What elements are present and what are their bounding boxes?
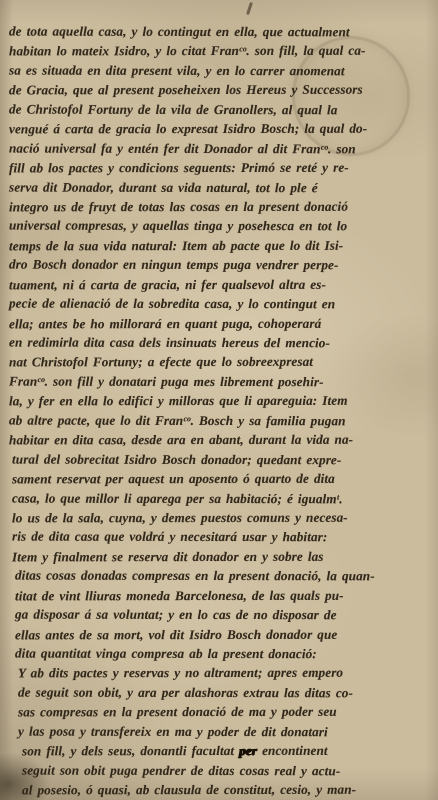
manuscript-line: de Gracia, que al present poseheixen los… (9, 80, 435, 100)
stray-ink-stroke (246, 2, 253, 15)
manuscript-line: y las posa y transfereix en ma y poder d… (18, 721, 435, 741)
manuscript-line: en redimirla dita casa dels insinuats he… (9, 333, 435, 353)
manuscript-line: ris de dita casa que voldrá y necesitará… (12, 527, 435, 547)
manuscript-line: titat de vint lliuras moneda Barcelonesa… (15, 585, 435, 605)
manuscript-line: sa es situada en dita present vila, y en… (9, 60, 435, 80)
manuscript-line: habitan lo mateix Isidro, y lo citat Fra… (9, 41, 435, 61)
manuscript-line: de Christofol Fortuny de la vila de Gran… (9, 99, 435, 119)
line-text: son fill, y dels seus, donantli facultat (22, 743, 239, 758)
manuscript-line: ab altre pacte, que lo dit Franᶜᵒ. Bosch… (9, 410, 435, 430)
manuscript-line: nat Christofol Fortuny; a efecte que lo … (9, 352, 435, 372)
manuscript-text: de tota aquella casa, y lo contingut en … (9, 22, 435, 800)
manuscript-page: de tota aquella casa, y lo contingut en … (0, 0, 438, 800)
manuscript-line: ga disposar á sa voluntat; y en lo cas d… (15, 605, 435, 625)
manuscript-line: serva dit Donador, durant sa vida natura… (9, 177, 435, 197)
manuscript-line: de seguit son obit, y ara per alashoras … (18, 682, 435, 702)
manuscript-line: dita quantitat vinga compresa ab la pres… (15, 644, 435, 664)
manuscript-line: al posesio, ó quasi, ab clausula de cons… (22, 780, 435, 800)
manuscript-line: Item y finalment se reserva dit donador … (12, 546, 435, 566)
manuscript-line: temps de la sua vida natural: Item ab pa… (9, 235, 435, 255)
overwritten-word: per (239, 743, 257, 758)
line-text: encontinent (257, 743, 328, 758)
manuscript-line: tural del sobrecitat Isidro Bosch donado… (12, 449, 435, 469)
manuscript-line: sas compresas en la present donació de m… (18, 702, 435, 722)
manuscript-line: Y ab dits pactes y reservas y no altrame… (18, 663, 435, 683)
manuscript-line: Franᶜᵒ. son fill y donatari puga mes lib… (9, 371, 435, 391)
manuscript-line: ellas antes de sa mort, vol dit Isidro B… (15, 624, 435, 644)
manuscript-line: ella; antes be ho millorará en quant pug… (9, 313, 435, 333)
manuscript-line: dro Bosch donador en ningun temps puga v… (9, 255, 435, 275)
manuscript-line: tuament, ni á carta de gracia, ni fer qu… (9, 274, 435, 294)
manuscript-line: casa, lo que millor li aparega per sa ha… (12, 488, 435, 508)
manuscript-line: habitar en dita casa, desde ara en abant… (9, 430, 435, 450)
manuscript-line: fill ab los pactes y condicions seguents… (9, 158, 435, 178)
manuscript-line: sament reservat per aquest un aposento ó… (12, 469, 435, 489)
manuscript-line: de tota aquella casa, y lo contingut en … (9, 22, 435, 42)
manuscript-line: pecie de alienació de la sobredita casa,… (9, 294, 435, 314)
manuscript-line: universal compresas, y aquellas tinga y … (9, 216, 435, 236)
manuscript-line: son fill, y dels seus, donantli facultat… (22, 741, 435, 761)
manuscript-line: nació universal fa y entén fer dit Donad… (9, 138, 435, 158)
manuscript-line: ditas cosas donadas compresas en la pres… (15, 566, 435, 586)
manuscript-line: lo us de la sala, cuyna, y demes puestos… (12, 508, 435, 528)
manuscript-line: integro us de fruyt de totas las cosas e… (9, 197, 435, 217)
manuscript-line: vengué á carta de gracia lo expresat Isi… (9, 119, 435, 139)
manuscript-line: seguit son obit puga pendrer de ditas co… (22, 760, 435, 780)
manuscript-line: la, y fer en ella lo edifici y milloras … (9, 391, 435, 411)
